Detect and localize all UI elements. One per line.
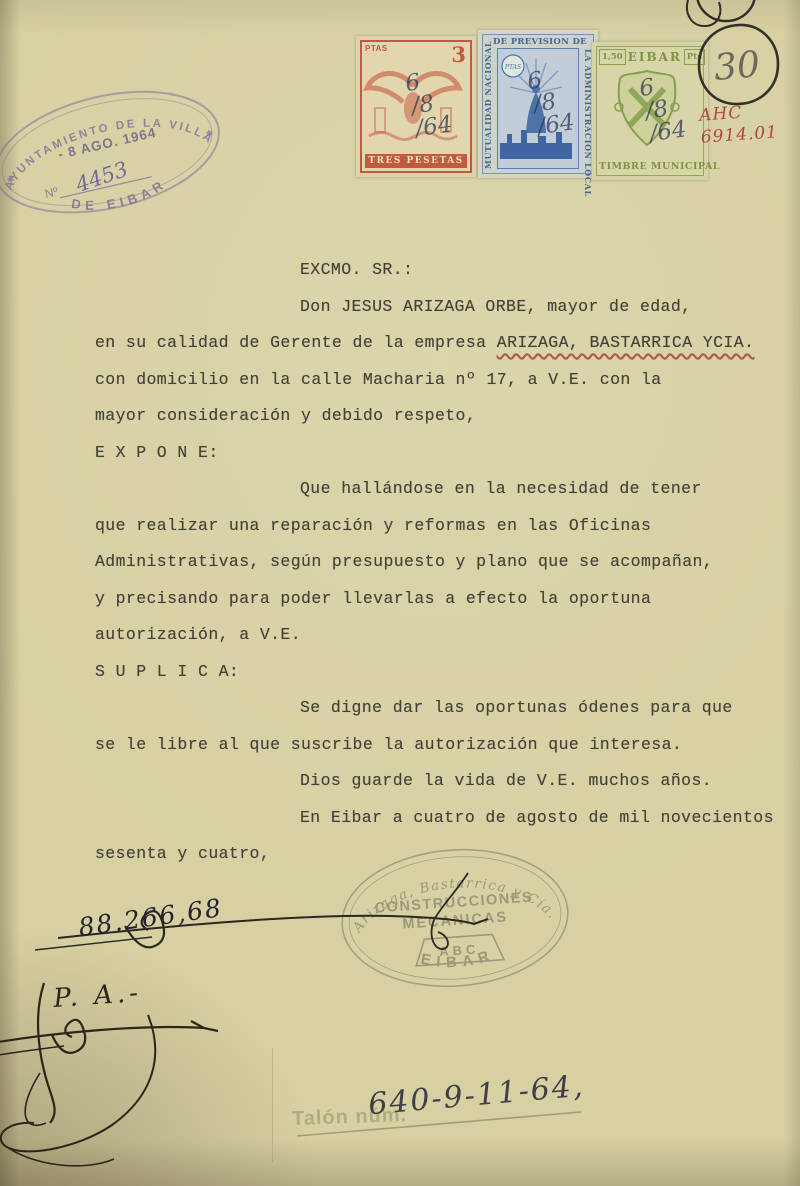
procuration-text: P. A.- [51, 978, 142, 1014]
talon-underline [295, 1100, 585, 1140]
letter-line: S U P L I C A: [95, 654, 755, 691]
letter-line: Don JESUS ARIZAGA ORBE, mayor de edad, [95, 289, 755, 326]
procuration-signature: P. A.- [0, 973, 242, 1186]
stamp-cancellation-date: 6 /8 /64 [474, 28, 602, 180]
company-name-underlined: ARIZAGA, BASTARRICA YCIA. [497, 333, 755, 352]
letter-line: En Eibar a cuatro de agosto de mil novec… [95, 800, 755, 837]
circled-folio-number: 30 [694, 22, 782, 106]
fiscal-stamp-tres-pesetas: PTAS 3 TRES PESETAS 6 /8 /64 [356, 36, 476, 177]
stamp-cancellation-date: 6 /8 /64 [589, 40, 712, 182]
folio-number-text: 30 [712, 44, 761, 89]
archive-number: 6914.01 [700, 121, 779, 148]
document-page: EXCMO. SR.: Don JESUS ARIZAGA ORBE, mayo… [0, 0, 800, 1186]
registry-entry-stamp: AYUNTAMIENTO DE LA VILLA - 8 AGO. 1964 N… [0, 61, 241, 251]
letter-line: con domicilio en la calle Macharia nº 17… [95, 362, 755, 399]
letter-line: en su calidad de Gerente de la empresa A… [95, 325, 755, 362]
letter-line: Que hallándose en la necesidad de tener [95, 471, 755, 508]
cancellation-year: /64 [414, 113, 454, 141]
letter-line: y precisando para poder llevarlas a efec… [95, 581, 755, 618]
paper-crease [272, 1048, 273, 1162]
cancellation-year: /64 [648, 118, 688, 146]
cancellation-year: /64 [536, 111, 576, 139]
letter-line: Se digne dar las oportunas ódenes para q… [95, 690, 755, 727]
letter-line: E X P O N E: [95, 435, 755, 472]
letter-line: que realizar una reparación y reformas e… [95, 508, 755, 545]
letter-line-text: en su calidad de Gerente de la empresa [95, 333, 497, 352]
fiscal-stamp-timbre-municipal: 1,50 EIBAR Pts TIMBRE MUNICIPAL 6 /8 /64 [592, 42, 708, 180]
registry-stamp-star-right: ✱ [205, 128, 215, 139]
registry-number-label: Nº [43, 184, 59, 201]
fiscal-stamp-mutualidad: DE PREVISION DE MUTUALIDAD NACIONAL LA A… [478, 30, 598, 178]
letter-line: autorización, a V.E. [95, 617, 755, 654]
letter-line: Dios guarde la vida de V.E. muchos años. [95, 763, 755, 800]
archive-reference: AHC 6914.01 [699, 99, 779, 148]
letter-line: Administrativas, según presupuesto y pla… [95, 544, 755, 581]
letter-line: mayor consideración y debido respeto, [95, 398, 755, 435]
letter-body: EXCMO. SR.: Don JESUS ARIZAGA ORBE, mayo… [95, 252, 755, 873]
letter-line: EXCMO. SR.: [95, 252, 755, 289]
stamp-cancellation-date: 6 /8 /64 [354, 35, 479, 178]
registry-number-handwritten: 4453 [72, 157, 131, 197]
letter-line: se le libre al que suscribe la autorizac… [95, 727, 755, 764]
